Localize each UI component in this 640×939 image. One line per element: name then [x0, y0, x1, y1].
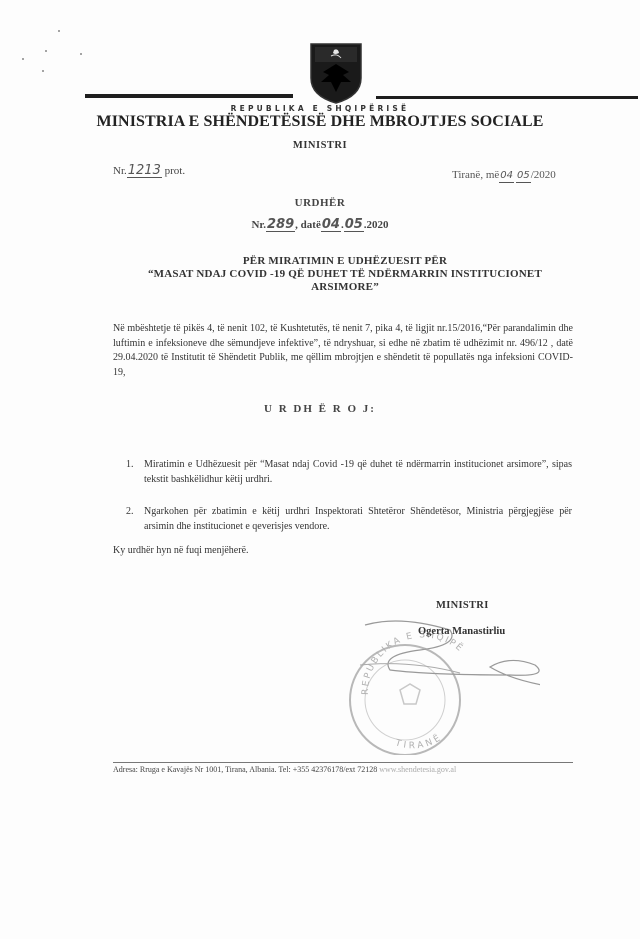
svg-text:TIRANË: TIRANË	[393, 731, 445, 751]
place-prefix: Tiranë, më	[452, 169, 499, 181]
document-title: PËR MIRATIMIN E UDHËZUESIT PËR “MASAT ND…	[110, 255, 580, 294]
order-date-day: 04	[321, 218, 341, 232]
place-date: Tiranë, më0405/2020	[452, 169, 556, 183]
title-line: ARSIMORE”	[110, 281, 580, 294]
signatory-title: MINISTRI	[436, 600, 489, 611]
footer-address: Adresa: Rruga e Kavajës Nr 1001, Tirana,…	[113, 765, 277, 774]
preamble-paragraph: Në mbështetje të pikës 4, të nenit 102, …	[113, 322, 573, 380]
order-date-label: , datë	[295, 219, 321, 231]
order-item-text: Miratimin e Udhëzuesit për “Masat ndaj C…	[144, 458, 572, 487]
protocol-prefix: Nr.	[113, 165, 127, 177]
scan-speck	[80, 53, 82, 55]
signatory-name: Ogerta Manastirliu	[418, 626, 505, 637]
order-word: U R DH Ë R O J:	[0, 403, 640, 415]
title-line: PËR MIRATIMIN E UDHËZUESIT PËR	[110, 255, 580, 268]
albanian-coat-of-arms-icon	[303, 42, 369, 104]
title-line: “MASAT NDAJ COVID -19 QË DUHET TË NDËRMA…	[110, 268, 580, 281]
order-item: 1. Miratimin e Udhëzuesit për “Masat nda…	[126, 458, 572, 488]
protocol-number: Nr.1213 prot.	[113, 164, 185, 178]
scan-speck	[45, 50, 47, 52]
svg-text:REPUBLIKA E SHQIPËRISË: REPUBLIKA E SHQIPËRISË	[340, 605, 466, 695]
order-nr-prefix: Nr.	[251, 219, 266, 231]
republic-label: REPUBLIKA E SHQIPËRISË	[0, 104, 640, 113]
ministry-name: MINISTRIA E SHËNDETËSISË DHE MBROJTJES S…	[0, 113, 640, 131]
effect-statement: Ky urdhër hyn në fuqi menjëherë.	[113, 545, 249, 556]
order-date-month: 05	[344, 218, 364, 232]
place-month: 05	[516, 169, 531, 183]
scan-speck	[22, 58, 24, 60]
order-number-date: Nr.289, datë04.05.2020	[0, 218, 640, 232]
order-item: 2. Ngarkohen për zbatimin e këtij urdhri…	[126, 505, 572, 535]
place-day: 04	[499, 169, 514, 183]
footer-rule	[113, 762, 573, 763]
letterhead-rule-right	[376, 96, 638, 99]
letterhead-rule-left	[85, 94, 293, 98]
order-date-year: .2020	[364, 219, 389, 231]
place-year: /2020	[531, 169, 556, 181]
order-heading: URDHËR	[0, 197, 640, 209]
order-item-text: Ngarkohen për zbatimin e këtij urdhri In…	[144, 505, 572, 534]
protocol-value: 1213	[127, 164, 162, 178]
protocol-suffix: prot.	[165, 165, 185, 177]
footer-contact: Adresa: Rruga e Kavajës Nr 1001, Tirana,…	[113, 765, 593, 774]
order-nr-value: 289	[266, 218, 295, 232]
footer-website: www.shendetesia.gov.al	[379, 765, 456, 774]
order-item-number: 1.	[126, 458, 134, 473]
scan-speck	[58, 30, 60, 32]
scan-speck	[42, 70, 44, 72]
office-label: MINISTRI	[0, 140, 640, 151]
order-item-number: 2.	[126, 505, 134, 520]
footer-tel: Tel: +355 42376178/ext 72128	[278, 765, 377, 774]
